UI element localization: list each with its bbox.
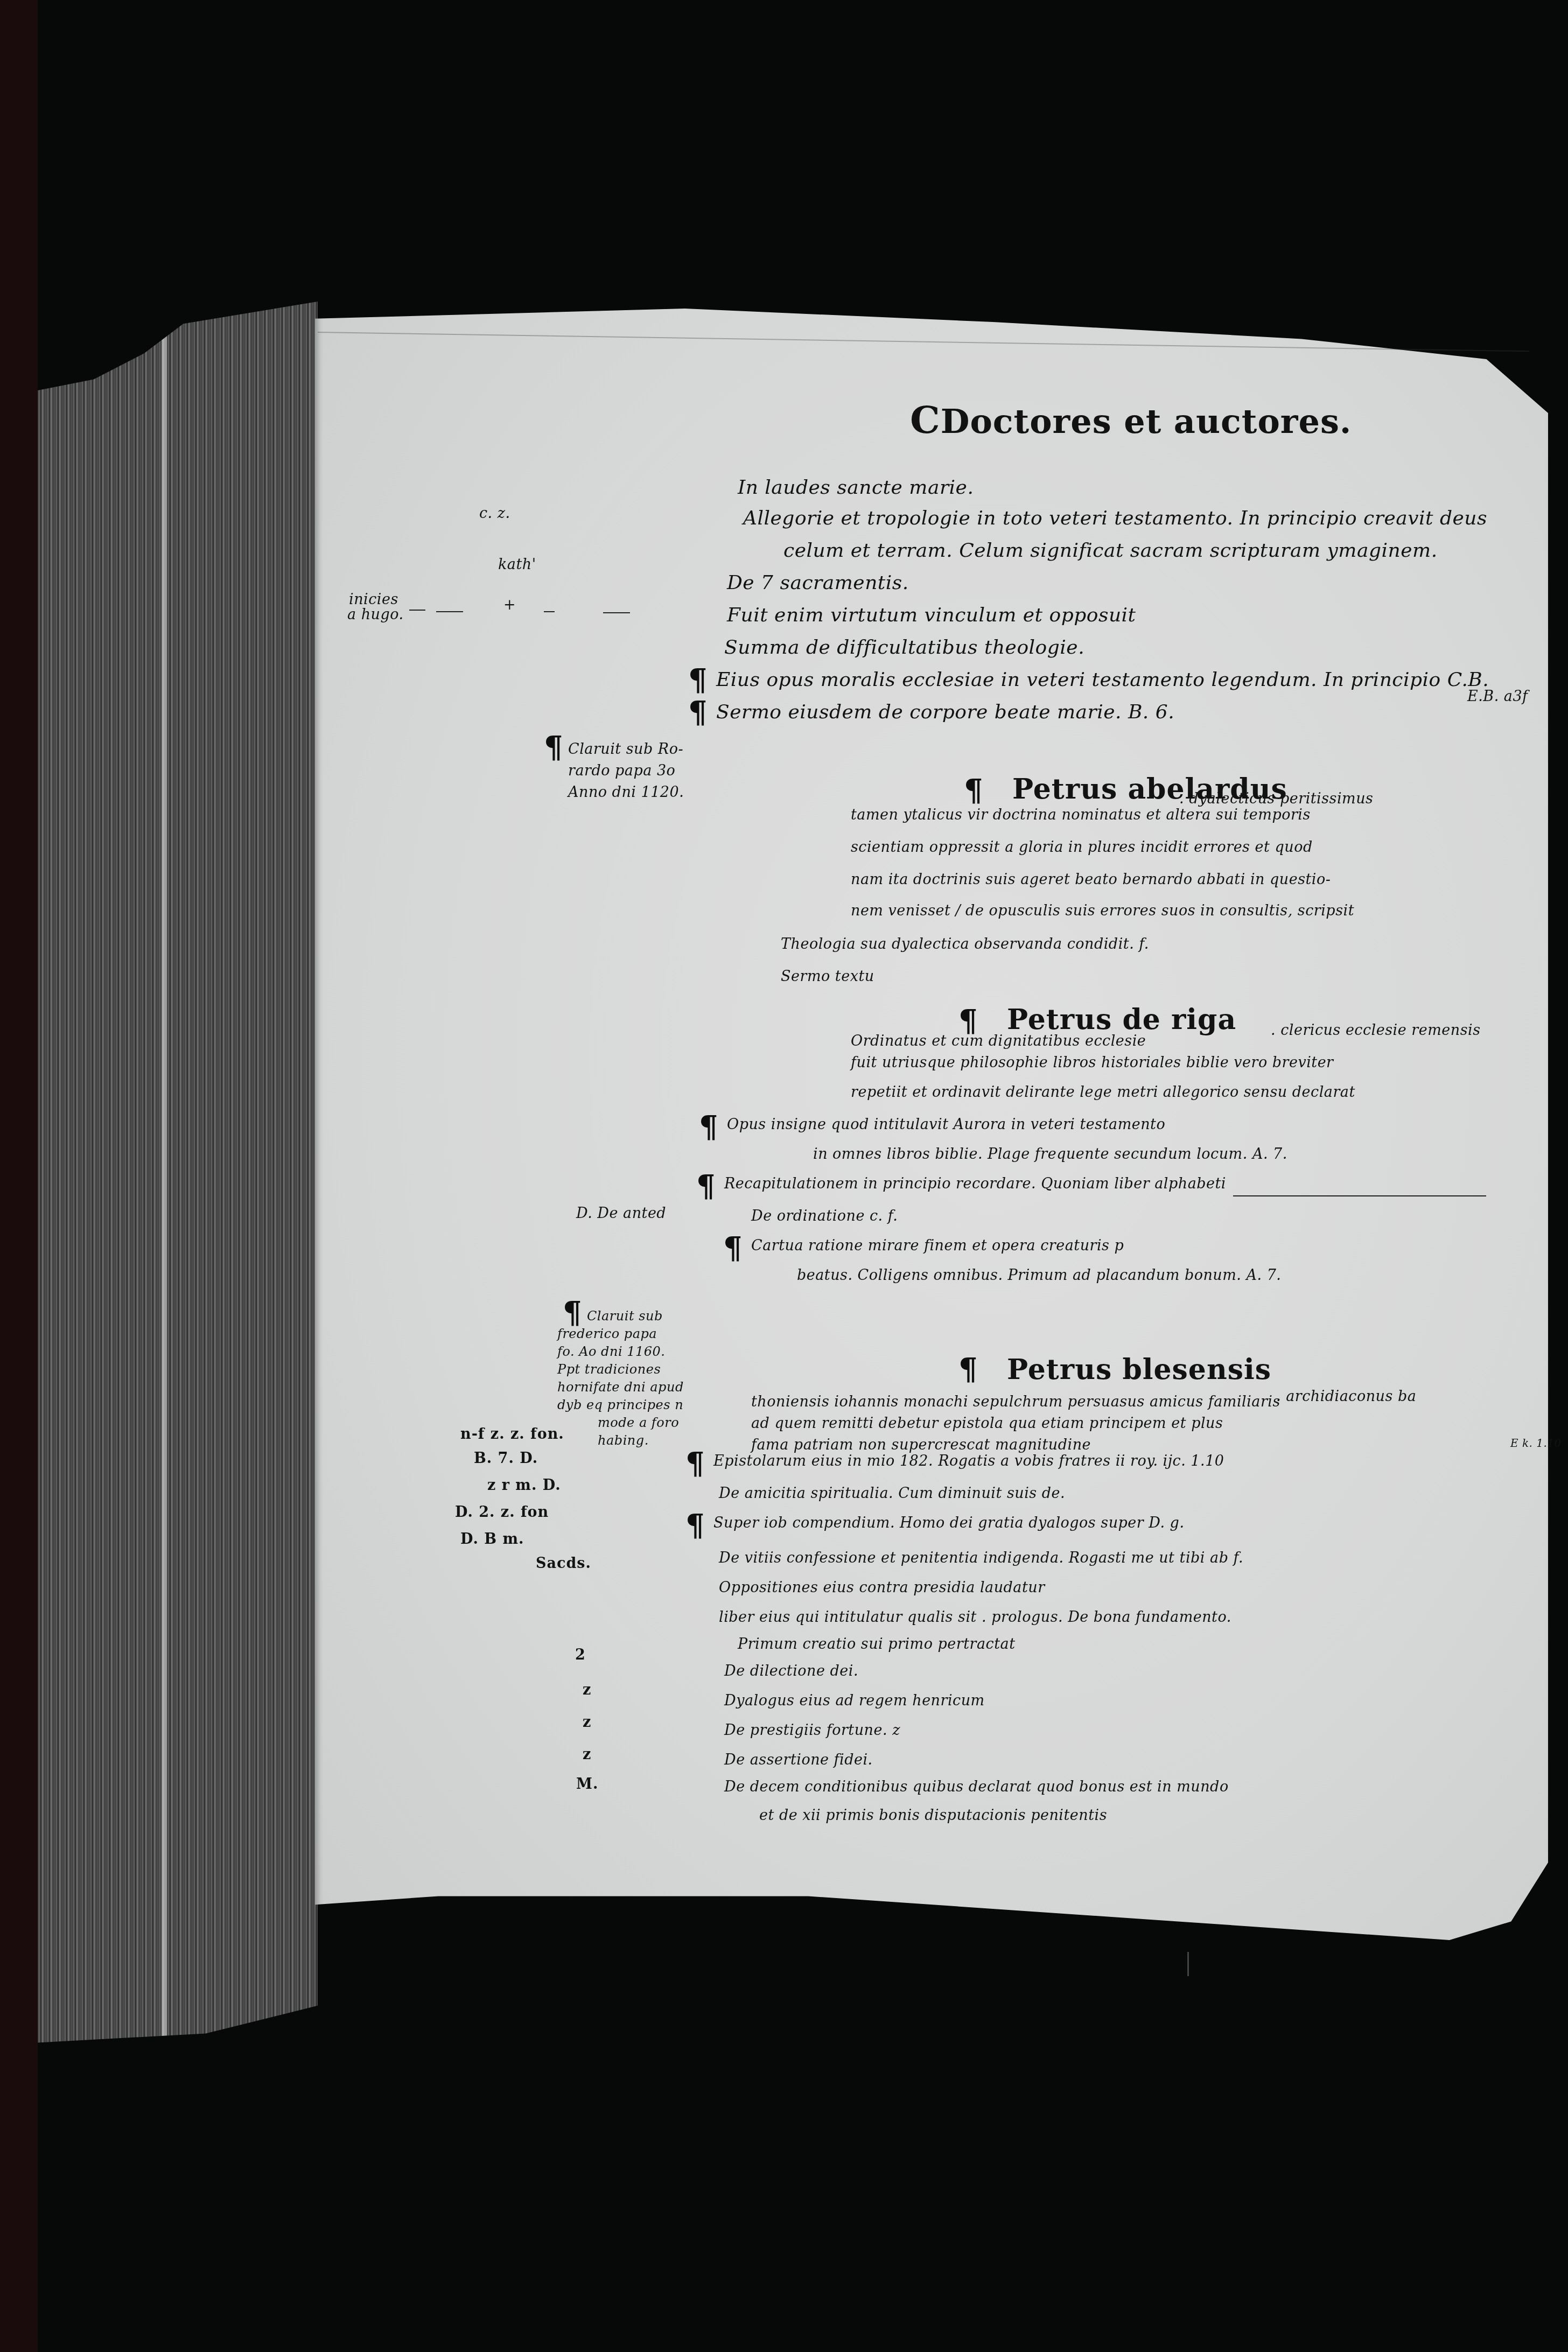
paragraph-mark-icon: ¶ [688,665,708,695]
manuscript-line: z [583,1747,591,1762]
margin-dash [436,611,463,612]
manuscript-line: In laudes sancte marie. [738,478,974,498]
manuscript-line: Eius opus moralis ecclesiae in veteri te… [716,670,1489,690]
manuscript-line: D. B m. [460,1532,524,1546]
margin-dash [409,610,425,611]
note-line: Claruit sub Ro- [568,739,684,760]
margin-note-claruit-2: Claruit sub frederico papa fo. Ao dni 11… [557,1307,684,1450]
heading-capital-mark: C [910,397,941,442]
manuscript-line: beatus. Colligens omnibus. Primum ad pla… [797,1268,1281,1283]
paragraph-mark-icon: ¶ [958,1006,978,1036]
manuscript-line: Ordinatus et cum dignitatibus ecclesie [851,1034,1146,1048]
manuscript-line: Sermo textu [781,969,874,984]
manuscript-line: fuit utriusque philosophie libros histor… [851,1055,1334,1070]
manuscript-line: . dyalecticus peritissimus [1179,792,1373,806]
manuscript-line: Summa de difficultatibus theologie. [724,638,1084,657]
manuscript-line: Epistolarum eius in mio 182. Rogatis a v… [713,1454,1224,1468]
note-line: Claruit sub [557,1307,684,1325]
manuscript-line: n-f z. z. fon. [460,1427,564,1441]
note-line: Ppt tradiciones [557,1361,684,1378]
note-line: frederico papa [557,1325,684,1343]
paragraph-mark-icon: ¶ [685,1448,705,1479]
manuscript-line: Allegorie et tropologie in toto veteri t… [743,509,1487,528]
manuscript-line: inicies [349,592,398,607]
manuscript-line: De ordinatione c. f. [751,1209,898,1223]
paragraph-mark-icon: ¶ [723,1233,743,1263]
manuscript-line: Dyalogus eius ad regem henricum [724,1693,985,1708]
manuscript-line: Oppositiones eius contra presidia laudat… [719,1580,1045,1595]
manuscript-line: Primum creatio sui primo pertractat [738,1637,1015,1651]
manuscript-line: in omnes libros biblie. Plage frequente … [813,1147,1287,1161]
note-line: mode a foro [557,1414,684,1432]
paragraph-mark-icon: ¶ [699,1112,718,1142]
manuscript-line: ad quem remitti debetur epistola qua eti… [751,1416,1223,1431]
book-block-fore-edge [38,302,318,2154]
note-line: Anno dni 1120. [568,782,684,803]
manuscript-line: Sacds. [536,1556,591,1571]
manuscript-line: a hugo. [347,607,404,622]
manuscript-line: De 7 sacramentis. [727,573,909,593]
manuscript-line: nem venisset / de opusculis suis errores… [851,904,1354,918]
manuscript-line: z [583,1715,591,1730]
note-line: rardo papa 3o [568,760,684,782]
manuscript-line: kath' [498,557,536,572]
scan-border-left [0,0,38,2352]
manuscript-line: + [503,598,516,612]
manuscript-line: scientiam oppressit a gloria in plures i… [851,840,1313,855]
paragraph-mark-icon: ¶ [688,697,708,727]
note-line: habing. [557,1432,684,1450]
margin-note-claruit-1: Claruit sub Ro- rardo papa 3o Anno dni 1… [568,739,684,803]
manuscript-line: et de xii primis bonis disputacionis pen… [759,1808,1107,1823]
note-line: fo. Ao dni 1160. [557,1343,684,1361]
heading: CDoctores et auctores. [910,401,1352,439]
margin-note-riga: D. De anted [576,1206,666,1221]
underline [1233,1195,1486,1196]
manuscript-line: De vitiis confessione et penitentia indi… [719,1551,1243,1565]
paragraph-mark-icon: ¶ [964,775,983,806]
manuscript-line: De assertione fidei. [724,1753,873,1767]
author-name-riga: Petrus de riga [1007,1006,1236,1034]
manuscript-line: M. [576,1777,598,1791]
manuscript-line: tamen ytalicus vir doctrina nominatus et… [851,808,1311,822]
paragraph-mark-icon: ¶ [958,1354,978,1384]
margin-dash [544,611,555,612]
manuscript-line: liber eius qui intitulatur qualis sit . … [719,1610,1231,1625]
manuscript-line: Cartua ratione mirare finem et opera cre… [751,1238,1124,1253]
manuscript-line: D. 2. z. fon [455,1505,549,1520]
manuscript-line: De amicitia spiritualia. Cum diminuit su… [719,1486,1065,1501]
manuscript-line: Opus insigne quod intitulavit Aurora in … [727,1117,1165,1132]
manuscript-line: fama patriam non supercrescat magnitudin… [751,1438,1091,1452]
paragraph-mark-icon: ¶ [696,1171,716,1201]
paragraph-mark-icon: ¶ [544,732,563,762]
manuscript-line: 2 [575,1648,586,1662]
note-line: hornifate dni apud [557,1378,684,1396]
manuscript-line: De dilectione dei. [724,1664,858,1678]
note-line: dyb eq principes n [557,1396,684,1414]
manuscript-line: z r m. D. [487,1478,561,1493]
manuscript-line: thoniensis iohannis monachi sepulchrum p… [751,1395,1280,1409]
manuscript-line: Fuit enim virtutum vinculum et opposuit [727,606,1136,625]
paragraph-mark-icon: ¶ [685,1510,705,1541]
manuscript-line: . clericus ecclesie remensis [1271,1023,1480,1038]
manuscript-line: Theologia sua dyalectica observanda cond… [781,937,1149,951]
margin-dash [603,612,630,613]
author-name-blesensis: Petrus blesensis [1007,1356,1271,1384]
manuscript-line: Sermo eiusdem de corpore beate marie. B.… [716,703,1174,722]
ink-tick-mark [1187,1952,1189,1976]
manuscript-line: nam ita doctrinis suis ageret beato bern… [851,872,1331,887]
manuscript-line: c. z. [479,506,510,521]
manuscript-line: celum et terram. Celum significat sacram… [783,541,1438,561]
manuscript-line: Recapitulationem in principio recordare.… [724,1177,1226,1191]
right-margin-note-2: E k. 1.10 [1510,1438,1562,1448]
manuscript-line: z [583,1683,591,1697]
manuscript-line: B. 7. D. [474,1451,538,1466]
heading-text: Doctores et auctores. [941,402,1352,441]
manuscript-line: De prestigiis fortune. z [724,1723,900,1738]
manuscript-line: De decem conditionibus quibus declarat q… [724,1780,1229,1794]
manuscript-line: . archidiaconus ba [1276,1389,1416,1404]
manuscript-line: repetiit et ordinavit delirante lege met… [851,1085,1355,1100]
right-margin-note-1: E.B. a3f [1467,689,1528,704]
manuscript-line: Super iob compendium. Homo dei gratia dy… [713,1516,1185,1530]
